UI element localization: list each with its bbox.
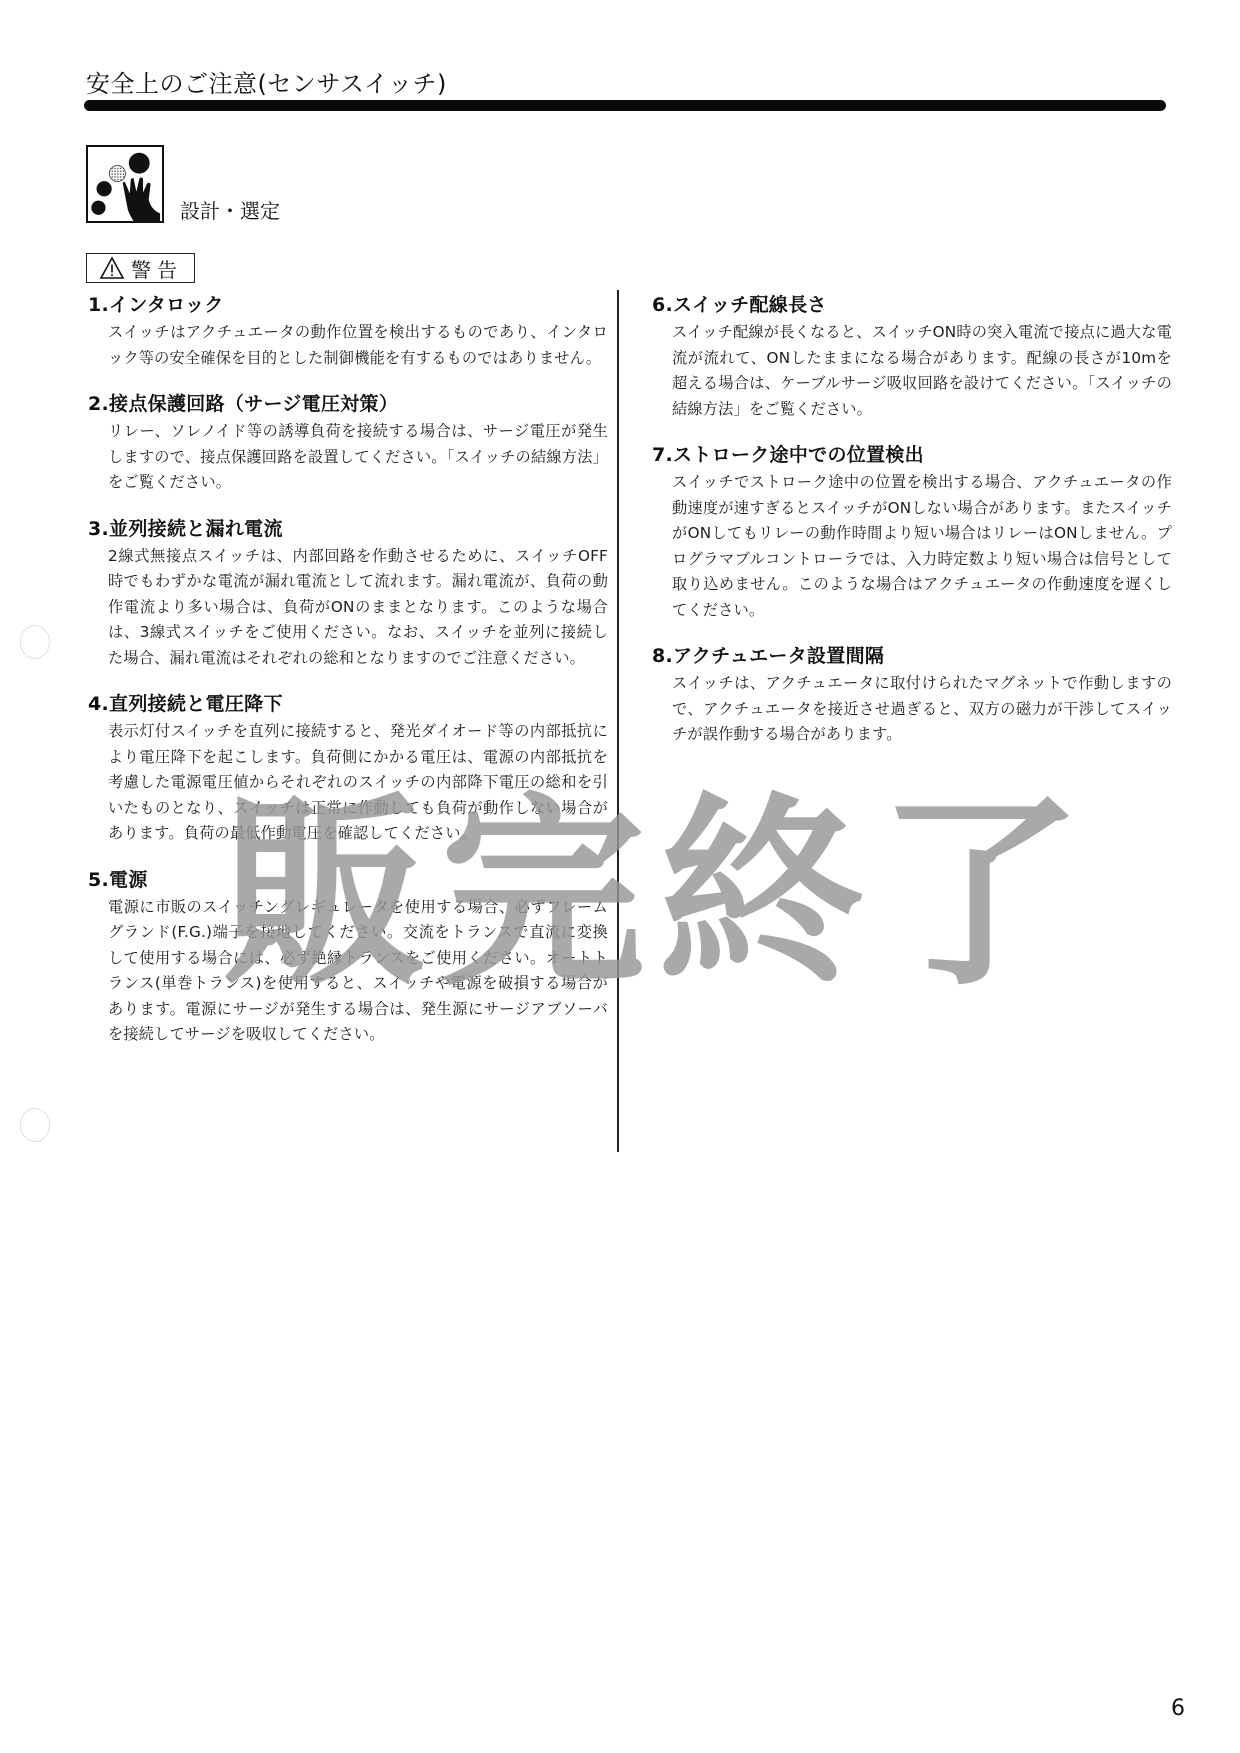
section-body: スイッチはアクチュエータの動作位置を検出するものであり、インタロック等の安全確保…: [88, 320, 608, 371]
section-parallel-leakage: 3.並列接続と漏れ電流 2線式無接点スイッチは、内部回路を作動させるために、スイ…: [88, 516, 608, 672]
section-heading: 8.アクチュエータ設置間隔: [652, 643, 1172, 669]
title-rule: [84, 100, 1166, 111]
column-divider: [617, 290, 619, 1152]
watermark-char: 了: [877, 793, 1082, 998]
section-series-voltage-drop: 4.直列接続と電圧降下 表示灯付スイッチを直列に接続すると、発光ダイオード等の内…: [88, 691, 608, 847]
section-heading: 7.ストローク途中での位置検出: [652, 442, 1172, 468]
section-heading: 4.直列接続と電圧降下: [88, 691, 608, 717]
left-column: 1.インタロック スイッチはアクチュエータの動作位置を検出するものであり、インタ…: [88, 292, 608, 1068]
section-body: リレー、ソレノイド等の誘導負荷を接続する場合は、サージ電圧が発生しますので、接点…: [88, 419, 608, 496]
category-label: 設計・選定: [180, 195, 280, 224]
section-heading: 2.接点保護回路（サージ電圧対策）: [88, 391, 608, 417]
punch-hole-mark: [20, 1108, 50, 1142]
warning-triangle-icon: [99, 256, 125, 280]
section-body: 2線式無接点スイッチは、内部回路を作動させるために、スイッチOFF時でもわずかな…: [88, 544, 608, 672]
section-heading: 3.並列接続と漏れ電流: [88, 516, 608, 542]
punch-hole-mark: [20, 625, 50, 659]
section-power-supply: 5.電源 電源に市販のスイッチングレギュレータを使用する場合、必ずフレームグラン…: [88, 867, 608, 1048]
section-body: スイッチ配線が長くなると、スイッチON時の突入電流で接点に過大な電流が流れて、O…: [652, 320, 1172, 422]
section-body: スイッチは、アクチュエータに取付けられたマグネットで作動しますので、アクチュエー…: [652, 671, 1172, 748]
right-column: 6.スイッチ配線長さ スイッチ配線が長くなると、スイッチON時の突入電流で接点に…: [652, 292, 1172, 768]
section-actuator-spacing: 8.アクチュエータ設置間隔 スイッチは、アクチュエータに取付けられたマグネットで…: [652, 643, 1172, 748]
design-selection-hand-icon: [86, 145, 164, 223]
section-heading: 1.インタロック: [88, 292, 608, 318]
section-contact-protection: 2.接点保護回路（サージ電圧対策） リレー、ソレノイド等の誘導負荷を接続する場合…: [88, 391, 608, 496]
section-interlock: 1.インタロック スイッチはアクチュエータの動作位置を検出するものであり、インタ…: [88, 292, 608, 371]
section-heading: 5.電源: [88, 867, 608, 893]
section-heading: 6.スイッチ配線長さ: [652, 292, 1172, 318]
watermark-char: 終: [659, 793, 864, 998]
section-mid-stroke-detection: 7.ストローク途中での位置検出 スイッチでストローク途中の位置を検出する場合、ア…: [652, 442, 1172, 623]
section-body: 表示灯付スイッチを直列に接続すると、発光ダイオード等の内部抵抗により電圧降下を起…: [88, 719, 608, 847]
warning-label: 警告: [131, 254, 183, 283]
page-number: 6: [1171, 1696, 1185, 1721]
warning-badge: 警告: [86, 253, 195, 283]
section-body: スイッチでストローク途中の位置を検出する場合、アクチュエータの作動速度が速すぎる…: [652, 470, 1172, 623]
page-title: 安全上のご注意(センサスイッチ): [86, 64, 447, 99]
section-wiring-length: 6.スイッチ配線長さ スイッチ配線が長くなると、スイッチON時の突入電流で接点に…: [652, 292, 1172, 422]
section-body: 電源に市販のスイッチングレギュレータを使用する場合、必ずフレームグランド(F.G…: [88, 895, 608, 1048]
